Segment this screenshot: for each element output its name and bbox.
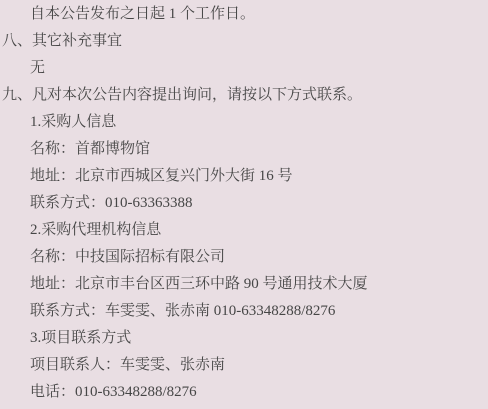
project-contact-person: 项目联系人：车雯雯、张赤南 <box>2 352 488 379</box>
section9-heading: 九、凡对本次公告内容提出询问，请按以下方式联系。 <box>2 82 488 109</box>
agency-contact: 联系方式：车雯雯、张赤南 010-63348288/8276 <box>2 298 488 325</box>
section8-heading: 八、其它补充事宜 <box>2 28 488 55</box>
purchaser-contact: 联系方式：010-63363388 <box>2 190 488 217</box>
section8-body: 无 <box>2 55 488 82</box>
notice-period-line: 自本公告发布之日起 1 个工作日。 <box>2 1 488 28</box>
project-contact-phone: 电话：010-63348288/8276 <box>2 379 488 406</box>
announcement-document: 自本公告发布之日起 1 个工作日。 八、其它补充事宜 无 九、凡对本次公告内容提… <box>0 0 488 406</box>
purchaser-info-title: 1.采购人信息 <box>2 109 488 136</box>
agency-info-title: 2.采购代理机构信息 <box>2 217 488 244</box>
agency-address: 地址：北京市丰台区西三环中路 90 号通用技术大厦 <box>2 271 488 298</box>
project-contact-title: 3.项目联系方式 <box>2 325 488 352</box>
purchaser-address: 地址：北京市西城区复兴门外大街 16 号 <box>2 163 488 190</box>
purchaser-name: 名称：首都博物馆 <box>2 136 488 163</box>
agency-name: 名称：中技国际招标有限公司 <box>2 244 488 271</box>
